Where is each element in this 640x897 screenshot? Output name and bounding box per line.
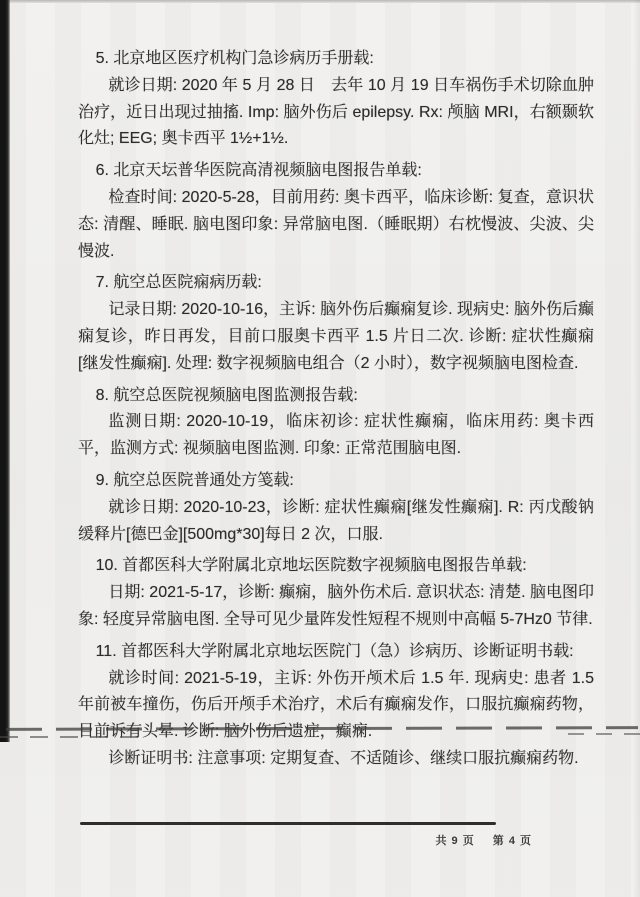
record-title: 8. 航空总医院视频脑电图监测报告载:	[78, 383, 594, 410]
record-paragraph: 就诊时间: 2021-5-19，主诉: 外伤开颅术后 1.5 年. 现病史: 患…	[78, 666, 594, 746]
record-title: 6. 北京天坛普华医院高清视频脑电图报告单载:	[78, 158, 594, 185]
record-paragraph: 就诊日期: 2020 年 5 月 28 日 去年 10 月 19 日车祸伤手术切…	[78, 73, 594, 153]
scan-fold-line-left	[0, 736, 150, 738]
scan-top-edge-artifact	[0, 0, 640, 3]
record-title: 9. 航空总医院普通处方笺载:	[78, 468, 594, 495]
binding-edge-artifact	[0, 0, 10, 742]
footer-divider-line	[80, 822, 496, 825]
record-paragraph: 记录日期: 2020-10-16，主诉: 脑外伤后癫痫复诊. 现病史: 脑外伤后…	[78, 297, 594, 377]
record-paragraph: 诊断证明书: 注意事项: 定期复查、不适随诊、继续口服抗癫痫药物.	[78, 746, 594, 773]
record-item-10: 10. 首都医科大学附属北京地坛医院数字视频脑电图报告单载: 日期: 2021-…	[78, 553, 594, 633]
record-item-8: 8. 航空总医院视频脑电图监测报告载: 监测日期: 2020-10-19，临床初…	[78, 383, 594, 463]
current-page-label: 第 4 页	[493, 835, 532, 847]
scan-right-shade-artifact	[633, 0, 640, 897]
scan-fold-line-right	[568, 733, 640, 735]
record-paragraph: 日期: 2021-5-17，诊断: 癫痫，脑外伤术后. 意识状态: 清楚. 脑电…	[78, 580, 594, 634]
record-title: 5. 北京地区医疗机构门急诊病历手册载:	[78, 46, 594, 73]
document-body: 5. 北京地区医疗机构门急诊病历手册载: 就诊日期: 2020 年 5 月 28…	[78, 46, 594, 773]
record-title: 11. 首都医科大学附属北京地坛医院门（急）诊病历、诊断证明书载:	[78, 639, 594, 666]
record-paragraph: 监测日期: 2020-10-19，临床初诊: 症状性癫痫，临床用药: 奥卡西平，…	[78, 409, 594, 463]
record-paragraph: 就诊日期: 2020-10-23，诊断: 症状性癫痫[继发性癫痫]. R: 丙戊…	[78, 495, 594, 549]
record-title: 7. 航空总医院痫病历载:	[78, 270, 594, 297]
page-number-footer: 共 9 页 第 4 页	[0, 832, 532, 848]
record-item-6: 6. 北京天坛普华医院高清视频脑电图报告单载: 检查时间: 2020-5-28，…	[78, 158, 594, 265]
record-item-11: 11. 首都医科大学附属北京地坛医院门（急）诊病历、诊断证明书载: 就诊时间: …	[78, 639, 594, 773]
record-title: 10. 首都医科大学附属北京地坛医院数字视频脑电图报告单载:	[78, 553, 594, 580]
record-item-9: 9. 航空总医院普通处方笺载: 就诊日期: 2020-10-23，诊断: 症状性…	[78, 468, 594, 548]
record-paragraph: 检查时间: 2020-5-28，目前用药: 奥卡西平，临床诊断: 复查，意识状态…	[78, 185, 594, 265]
scanned-document-page: 5. 北京地区医疗机构门急诊病历手册载: 就诊日期: 2020 年 5 月 28…	[0, 0, 640, 897]
record-item-7: 7. 航空总医院痫病历载: 记录日期: 2020-10-16，主诉: 脑外伤后癫…	[78, 270, 594, 377]
record-item-5: 5. 北京地区医疗机构门急诊病历手册载: 就诊日期: 2020 年 5 月 28…	[78, 46, 594, 153]
total-pages-label: 共 9 页	[435, 835, 474, 847]
